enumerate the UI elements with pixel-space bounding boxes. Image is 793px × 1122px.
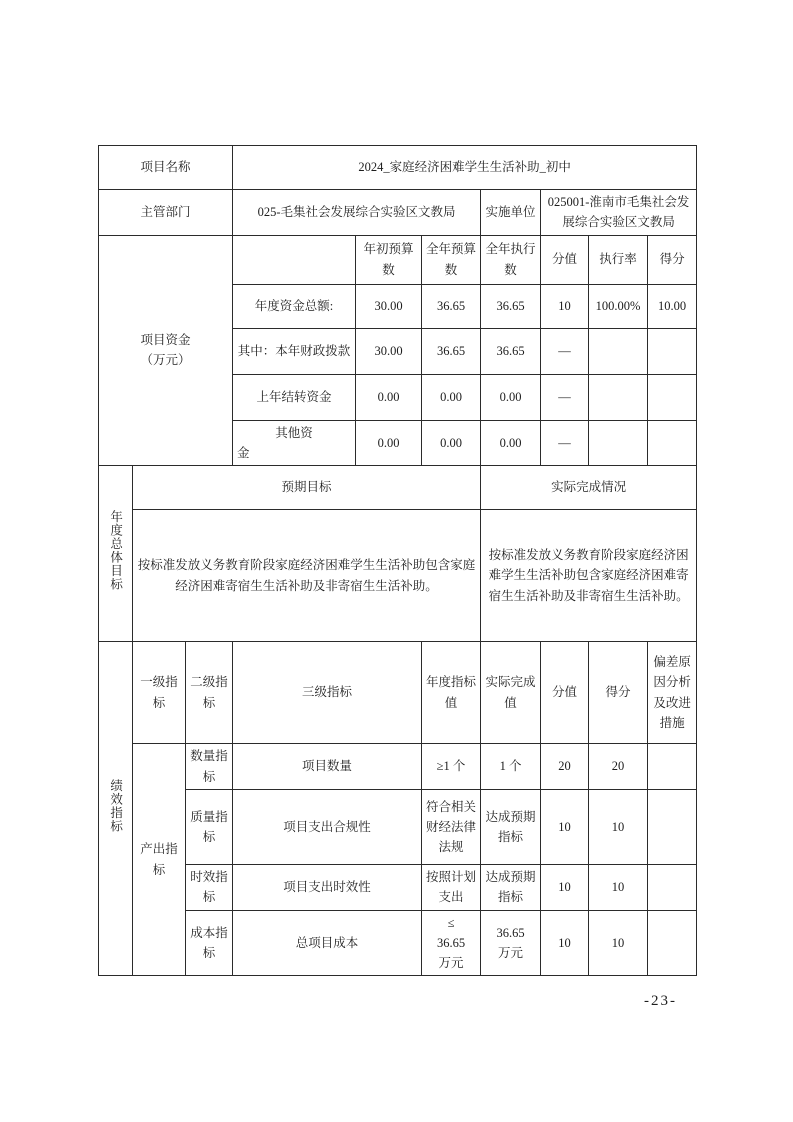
perf-timeliness-score: 10 <box>589 865 648 911</box>
project-name-label: 项目名称 <box>99 146 233 190</box>
funding-item-total: 年度资金总额: <box>233 284 356 328</box>
funding-other-annual: 0.00 <box>422 420 481 466</box>
funding-other-weight: — <box>541 420 589 466</box>
perf-cost-weight: 10 <box>541 910 589 976</box>
goal-actual-header: 实际完成情况 <box>481 466 697 510</box>
perf-quality-score: 10 <box>589 790 648 865</box>
funding-total-score: 10.00 <box>648 284 697 328</box>
funding-carryover-annual: 0.00 <box>422 374 481 420</box>
funding-fiscal-initial: 30.00 <box>356 328 422 374</box>
funding-fiscal-weight: — <box>541 328 589 374</box>
perf-cost-actual: 36.65 万元 <box>481 910 541 976</box>
funding-carryover-initial: 0.00 <box>356 374 422 420</box>
perf-quality-weight: 10 <box>541 790 589 865</box>
perf-timeliness-level2: 时效指标 <box>186 865 233 911</box>
funding-fiscal-score <box>648 328 697 374</box>
funding-other-rate <box>589 420 648 466</box>
evaluation-table: 项目名称 2024_家庭经济困难学生生活补助_初中 主管部门 025-毛集社会发… <box>98 145 697 976</box>
perf-row-timeliness: 时效指标 项目支出时效性 按照计划支出 达成预期指标 10 10 <box>99 865 697 911</box>
perf-timeliness-level3: 项目支出时效性 <box>233 865 422 911</box>
funding-col-initial: 年初预算数 <box>356 235 422 284</box>
perf-timeliness-actual: 达成预期指标 <box>481 865 541 911</box>
dept-value: 025-毛集社会发展综合实验区文教局 <box>233 190 481 236</box>
funding-col-weight: 分值 <box>541 235 589 284</box>
impl-unit-label: 实施单位 <box>481 190 541 236</box>
perf-quantity-level3: 项目数量 <box>233 744 422 790</box>
dept-label: 主管部门 <box>99 190 233 236</box>
perf-col-level1: 一级指标 <box>133 642 186 744</box>
funding-col-executed: 全年执行数 <box>481 235 541 284</box>
funding-item-carryover: 上年结转资金 <box>233 374 356 420</box>
perf-timeliness-weight: 10 <box>541 865 589 911</box>
perf-col-weight: 分值 <box>541 642 589 744</box>
funding-fiscal-rate <box>589 328 648 374</box>
funding-carryover-score <box>648 374 697 420</box>
funding-total-rate: 100.00% <box>589 284 648 328</box>
perf-cost-deviation <box>648 910 697 976</box>
funding-fiscal-annual: 36.65 <box>422 328 481 374</box>
funding-header-item-empty <box>233 235 356 284</box>
goal-expected-header: 预期目标 <box>133 466 481 510</box>
funding-col-rate: 执行率 <box>589 235 648 284</box>
funding-other-executed: 0.00 <box>481 420 541 466</box>
perf-col-level3: 三级指标 <box>233 642 422 744</box>
perf-quality-level2: 质量指标 <box>186 790 233 865</box>
perf-cost-score: 10 <box>589 910 648 976</box>
funding-total-weight: 10 <box>541 284 589 328</box>
perf-row-cost: 成本指标 总项目成本 ≤ 36.65 万元 36.65 万元 10 10 <box>99 910 697 976</box>
funding-item-other-line1: 其他资 <box>235 423 353 443</box>
perf-cost-target: ≤ 36.65 万元 <box>422 910 481 976</box>
goal-expected-text: 按标准发放义务教育阶段家庭经济困难学生生活补助包含家庭经济困难寄宿生生活补助及非… <box>133 510 481 642</box>
funding-total-initial: 30.00 <box>356 284 422 328</box>
perf-quantity-deviation <box>648 744 697 790</box>
perf-col-target: 年度指标值 <box>422 642 481 744</box>
funding-total-executed: 36.65 <box>481 284 541 328</box>
perf-quantity-weight: 20 <box>541 744 589 790</box>
perf-row-quality: 质量指标 项目支出合规性 符合相关财经法律法规 达成预期指标 10 10 <box>99 790 697 865</box>
document-page: 项目名称 2024_家庭经济困难学生生活补助_初中 主管部门 025-毛集社会发… <box>0 0 793 1122</box>
performance-section-label: 绩效指标 <box>99 642 133 976</box>
funding-section-label-line2: （万元） <box>101 350 230 370</box>
perf-quantity-score: 20 <box>589 744 648 790</box>
annual-goal-section-label: 年度总体目标 <box>99 466 133 642</box>
perf-level1-output: 产出指标 <box>133 744 186 976</box>
funding-col-score: 得分 <box>648 235 697 284</box>
funding-carryover-executed: 0.00 <box>481 374 541 420</box>
funding-col-annual: 全年预算数 <box>422 235 481 284</box>
perf-col-deviation: 偏差原因分析及改进措施 <box>648 642 697 744</box>
funding-total-annual: 36.65 <box>422 284 481 328</box>
funding-item-other-line2: 金 <box>235 443 353 463</box>
perf-row-quantity: 产出指标 数量指标 项目数量 ≥1 个 1 个 20 20 <box>99 744 697 790</box>
page-number: -23- <box>644 993 677 1010</box>
perf-quantity-level2: 数量指标 <box>186 744 233 790</box>
funding-other-initial: 0.00 <box>356 420 422 466</box>
project-name-value: 2024_家庭经济困难学生生活补助_初中 <box>233 146 697 190</box>
perf-quality-target: 符合相关财经法律法规 <box>422 790 481 865</box>
funding-carryover-weight: — <box>541 374 589 420</box>
perf-cost-level3: 总项目成本 <box>233 910 422 976</box>
goal-actual-text: 按标准发放义务教育阶段家庭经济困难学生生活补助包含家庭经济困难寄宿生生活补助及非… <box>481 510 697 642</box>
perf-timeliness-deviation <box>648 865 697 911</box>
perf-quantity-actual: 1 个 <box>481 744 541 790</box>
perf-quality-level3: 项目支出合规性 <box>233 790 422 865</box>
funding-section-label: 项目资金 （万元） <box>99 235 233 466</box>
perf-cost-level2: 成本指标 <box>186 910 233 976</box>
perf-col-actual: 实际完成值 <box>481 642 541 744</box>
perf-quality-deviation <box>648 790 697 865</box>
funding-item-fiscal: 其中：本年财政拨款 <box>233 328 356 374</box>
funding-carryover-rate <box>589 374 648 420</box>
perf-quality-actual: 达成预期指标 <box>481 790 541 865</box>
impl-unit-value: 025001-淮南市毛集社会发展综合实验区文教局 <box>541 190 697 236</box>
funding-item-other: 其他资 金 <box>233 420 356 466</box>
perf-col-score: 得分 <box>589 642 648 744</box>
perf-quantity-target: ≥1 个 <box>422 744 481 790</box>
funding-fiscal-executed: 36.65 <box>481 328 541 374</box>
funding-other-score <box>648 420 697 466</box>
perf-timeliness-target: 按照计划支出 <box>422 865 481 911</box>
funding-section-label-line1: 项目资金 <box>101 330 230 350</box>
perf-col-level2: 二级指标 <box>186 642 233 744</box>
